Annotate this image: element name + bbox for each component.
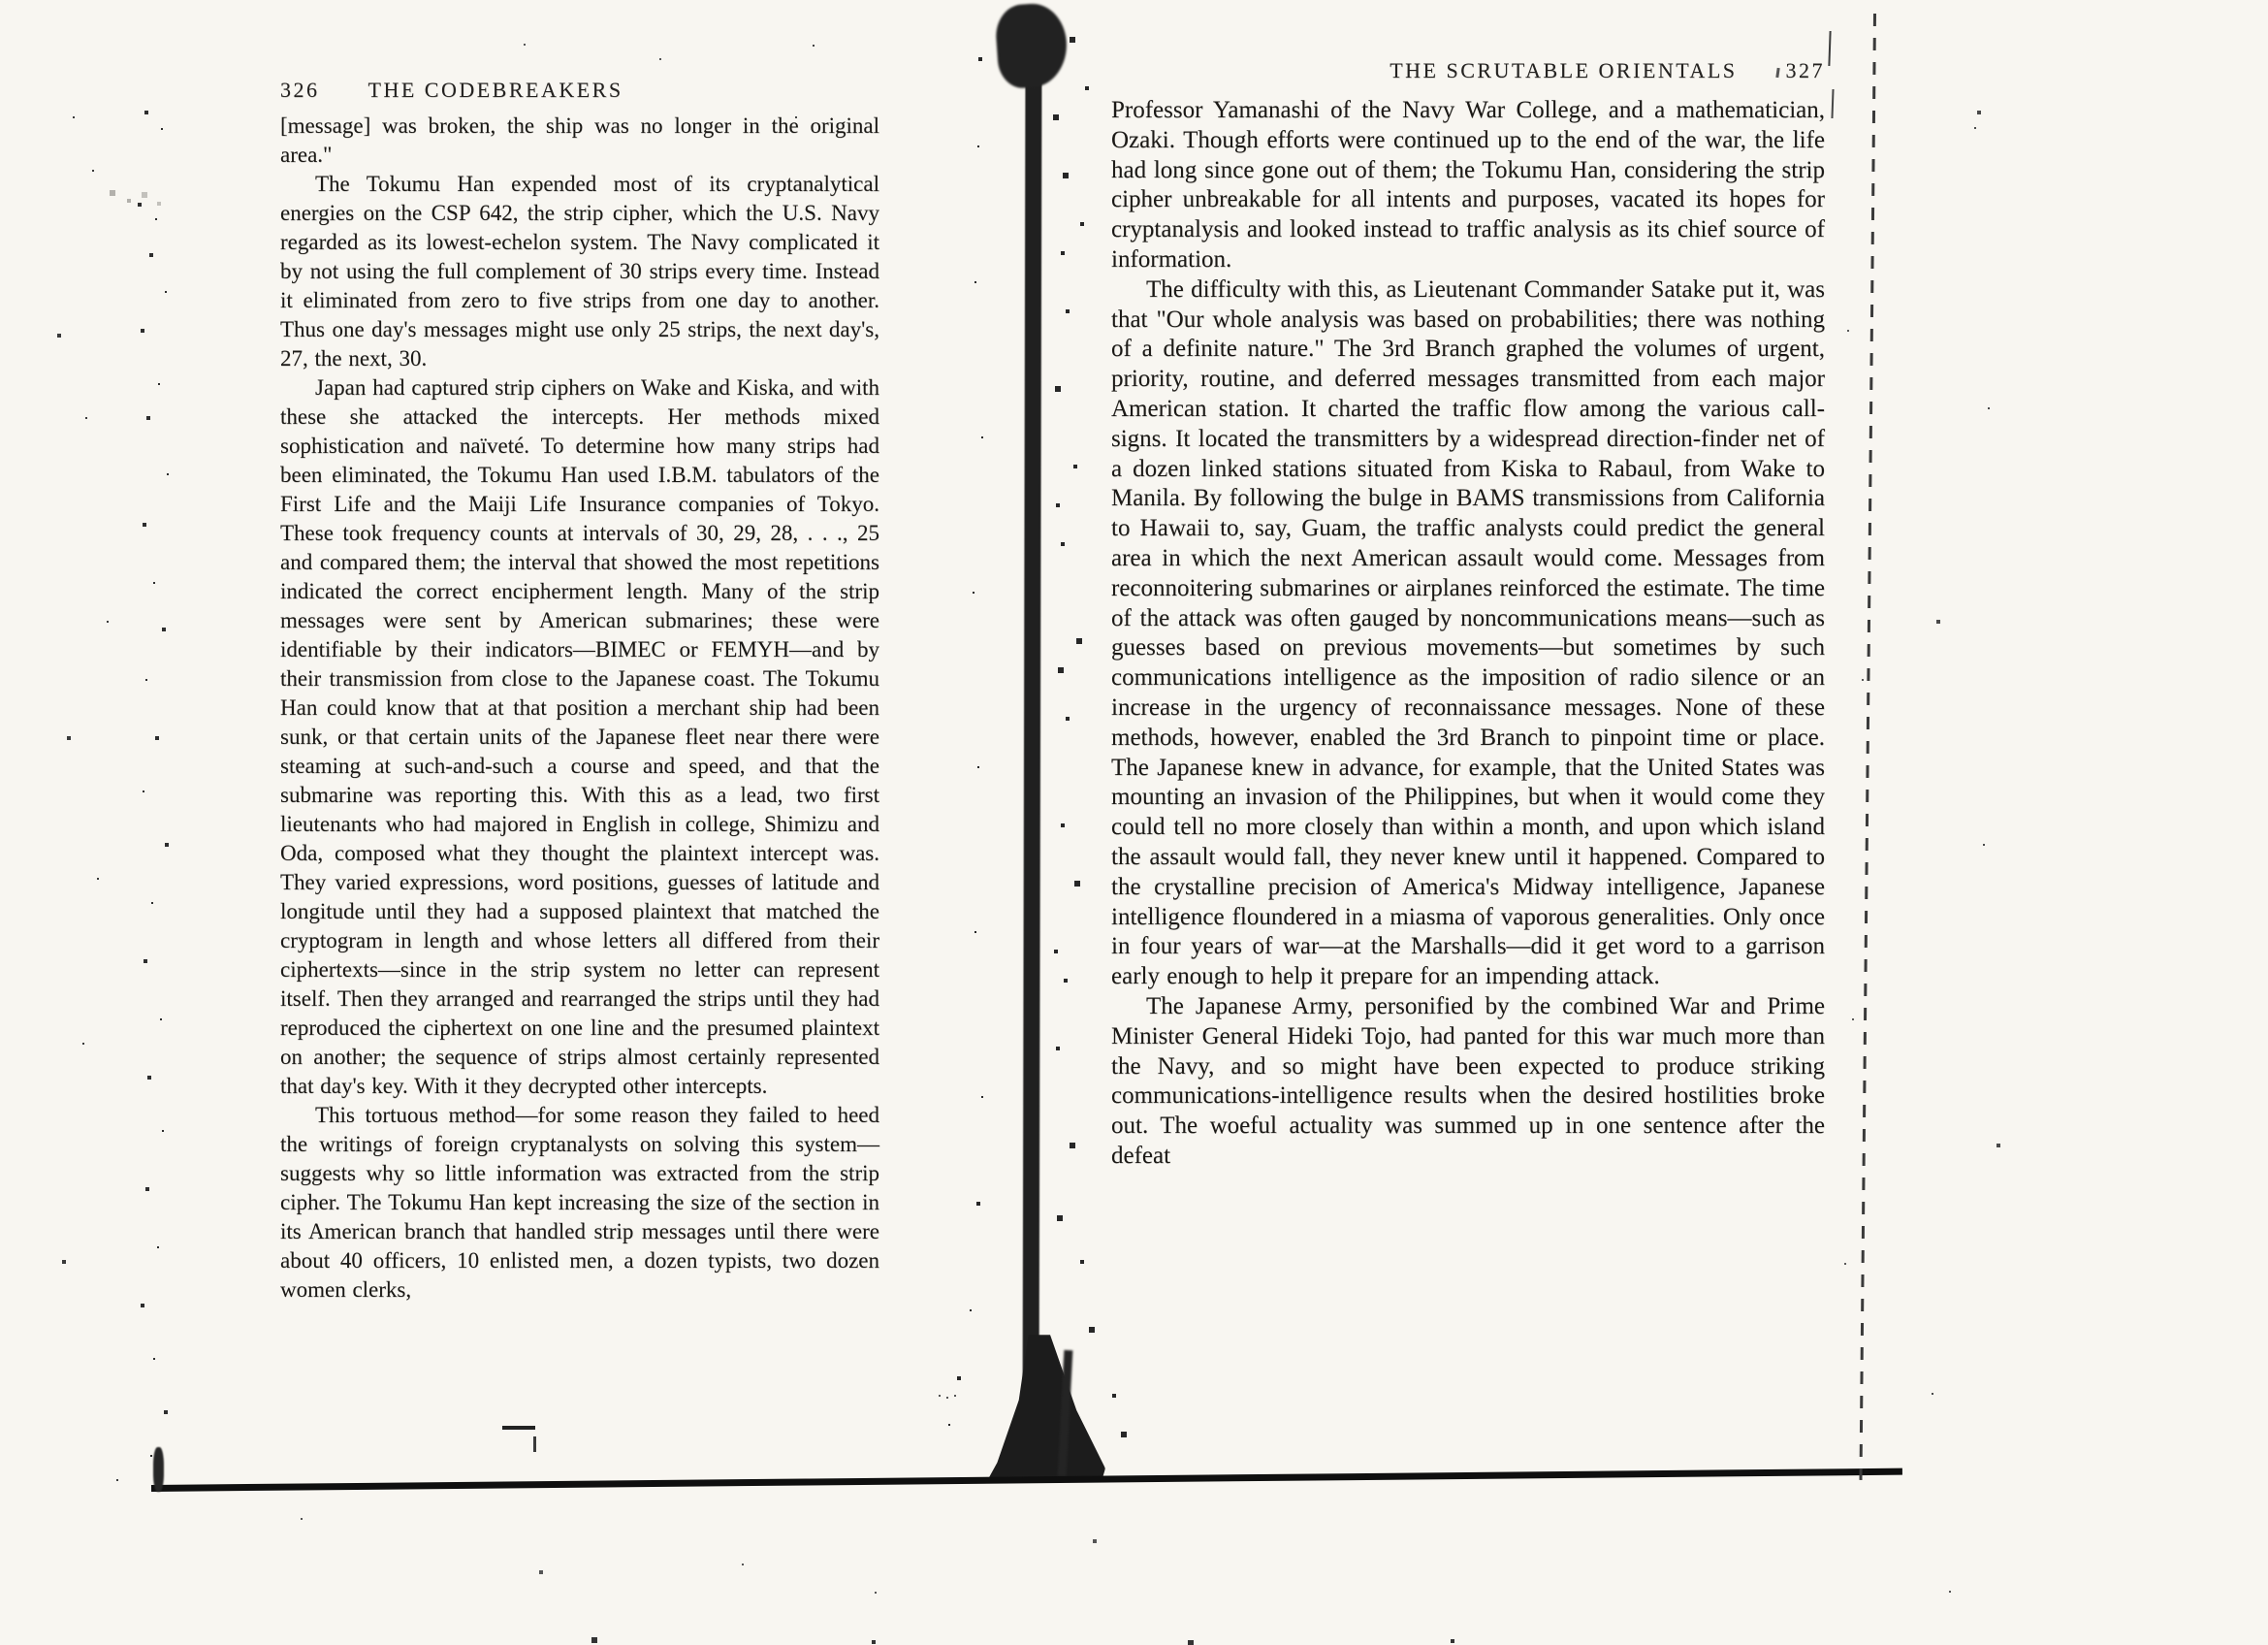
running-head-title-left: THE CODEBREAKERS [368, 78, 623, 103]
paragraph: The difficulty with this, as Lieutenant … [1111, 275, 1825, 992]
paragraph: The Japanese Army, personified by the co… [1111, 992, 1825, 1172]
page-326: 326 THE CODEBREAKERS [message] was broke… [280, 78, 879, 1305]
binding-gutter-top-blob [994, 2, 1070, 90]
binding-gutter-shadow [1022, 8, 1041, 1478]
scan-noise-tick [533, 1436, 536, 1452]
running-head-left: 326 THE CODEBREAKERS [280, 78, 879, 103]
scan-noise-dash [502, 1426, 535, 1430]
page-body-left: [message] was broken, the ship was no lo… [280, 112, 879, 1305]
binding-gutter-bottom-blob [985, 1335, 1105, 1480]
paragraph: Professor Yamanashi of the Navy War Coll… [1111, 96, 1825, 275]
paragraph: This tortuous method—for some reason the… [280, 1101, 879, 1305]
page-right-edge-line [1859, 14, 1876, 1480]
page-corner-mark [153, 1447, 164, 1492]
scan-artifact-tick [1775, 68, 1779, 78]
paragraph: The Tokumu Han expended most of its cryp… [280, 170, 879, 373]
scan-edge-tick [1828, 31, 1831, 66]
scan-speckles-misc [0, 0, 2, 2]
page-number-left: 326 [280, 78, 320, 103]
page-number-right: 327 [1776, 58, 1826, 83]
page-327: THE SCRUTABLE ORIENTALS 327 Professor Ya… [1111, 58, 1825, 1172]
running-head-title-right: THE SCRUTABLE ORIENTALS [1390, 58, 1737, 83]
scan-edge-tick [1831, 89, 1834, 118]
book-scan: 326 THE CODEBREAKERS [message] was broke… [0, 0, 2268, 1645]
paragraph: Japan had captured strip ciphers on Wake… [280, 373, 879, 1101]
running-head-right: THE SCRUTABLE ORIENTALS 327 [1111, 58, 1825, 83]
paragraph: [message] was broken, the ship was no lo… [280, 112, 879, 170]
page-body-right: Professor Yamanashi of the Navy War Coll… [1111, 96, 1825, 1172]
